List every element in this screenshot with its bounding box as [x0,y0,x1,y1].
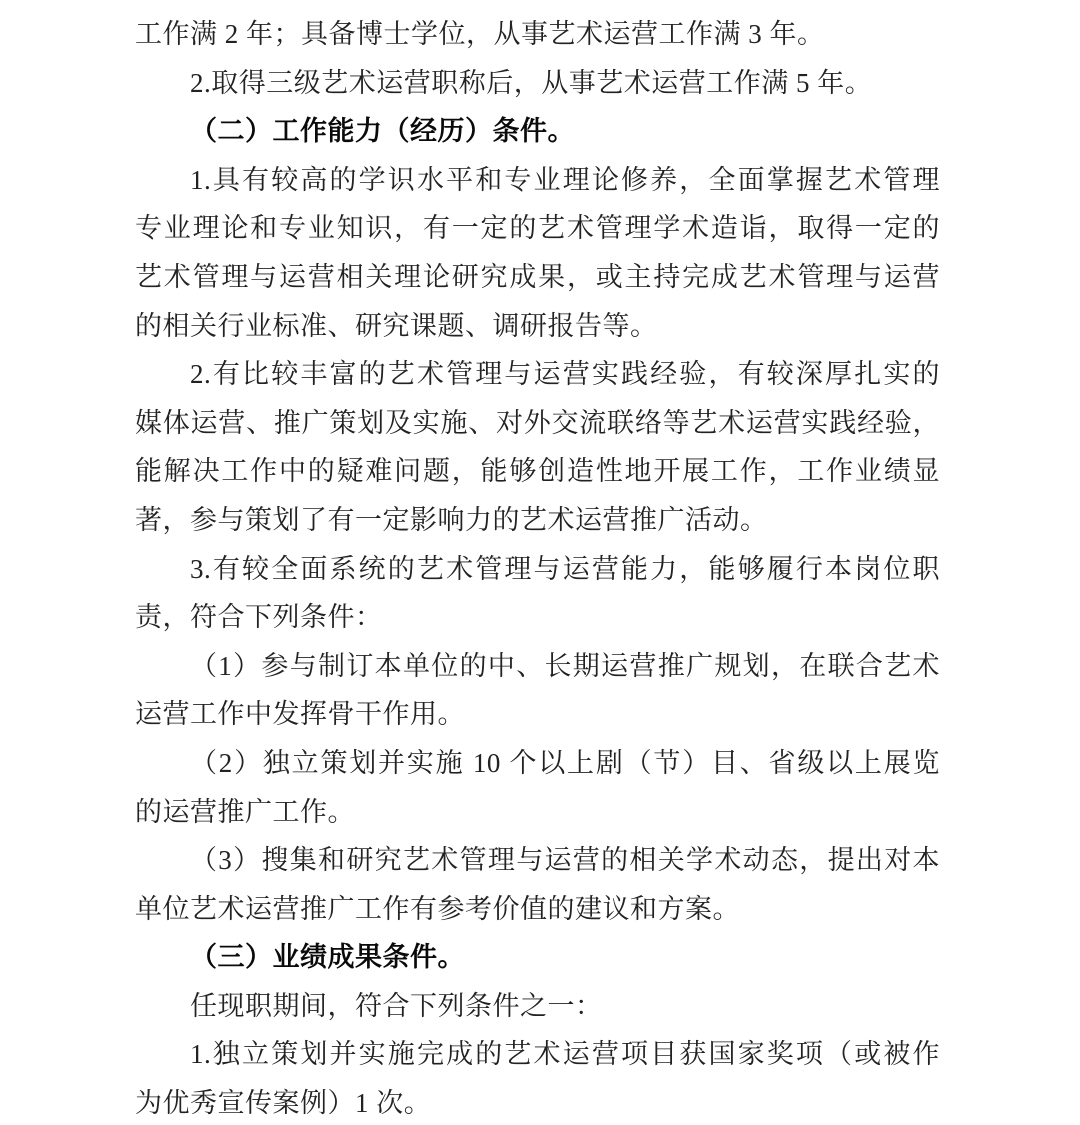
text-line: 2.有比较丰富的艺术管理与运营实践经验，有较深厚扎实的 [135,350,940,399]
text-line: 1.独立策划并实施完成的艺术运营项目获国家奖项（或被作 [135,1030,940,1079]
text-line: （3）搜集和研究艺术管理与运营的相关学术动态，提出对本 [135,836,940,885]
text-line: 的相关行业标准、研究课题、调研报告等。 [135,302,940,351]
document-text-column: 工作满 2 年；具备博士学位，从事艺术运营工作满 3 年。2.取得三级艺术运营职… [135,10,940,1125]
text-line: 媒体运营、推广策划及实施、对外交流联络等艺术运营实践经验， [135,399,940,448]
section-heading-line: （三）业绩成果条件。 [135,933,940,982]
text-line: 能解决工作中的疑难问题，能够创造性地开展工作，工作业绩显 [135,447,940,496]
text-line: 艺术管理与运营相关理论研究成果，或主持完成艺术管理与运营 [135,253,940,302]
text-line: 运营工作中发挥骨干作用。 [135,690,940,739]
text-line: 3.有较全面系统的艺术管理与运营能力，能够履行本岗位职 [135,545,940,594]
text-line: （2）独立策划并实施 10 个以上剧（节）目、省级以上展览 [135,739,940,788]
text-line: 为优秀宣传案例）1 次。 [135,1079,940,1125]
text-line: 工作满 2 年；具备博士学位，从事艺术运营工作满 3 年。 [135,10,940,59]
text-line: 1.具有较高的学识水平和专业理论修养，全面掌握艺术管理 [135,156,940,205]
text-line: 责，符合下列条件： [135,593,940,642]
text-line: 的运营推广工作。 [135,788,940,837]
text-line: 2.取得三级艺术运营职称后，从事艺术运营工作满 5 年。 [135,59,940,108]
text-line: 专业理论和专业知识，有一定的艺术管理学术造诣，取得一定的 [135,204,940,253]
section-heading-line: （二）工作能力（经历）条件。 [135,107,940,156]
text-line: （1）参与制订本单位的中、长期运营推广规划，在联合艺术 [135,642,940,691]
text-line: 单位艺术运营推广工作有参考价值的建议和方案。 [135,885,940,934]
document-page: 工作满 2 年；具备博士学位，从事艺术运营工作满 3 年。2.取得三级艺术运营职… [0,0,1080,1125]
text-line: 任现职期间，符合下列条件之一： [135,982,940,1031]
text-line: 著，参与策划了有一定影响力的艺术运营推广活动。 [135,496,940,545]
